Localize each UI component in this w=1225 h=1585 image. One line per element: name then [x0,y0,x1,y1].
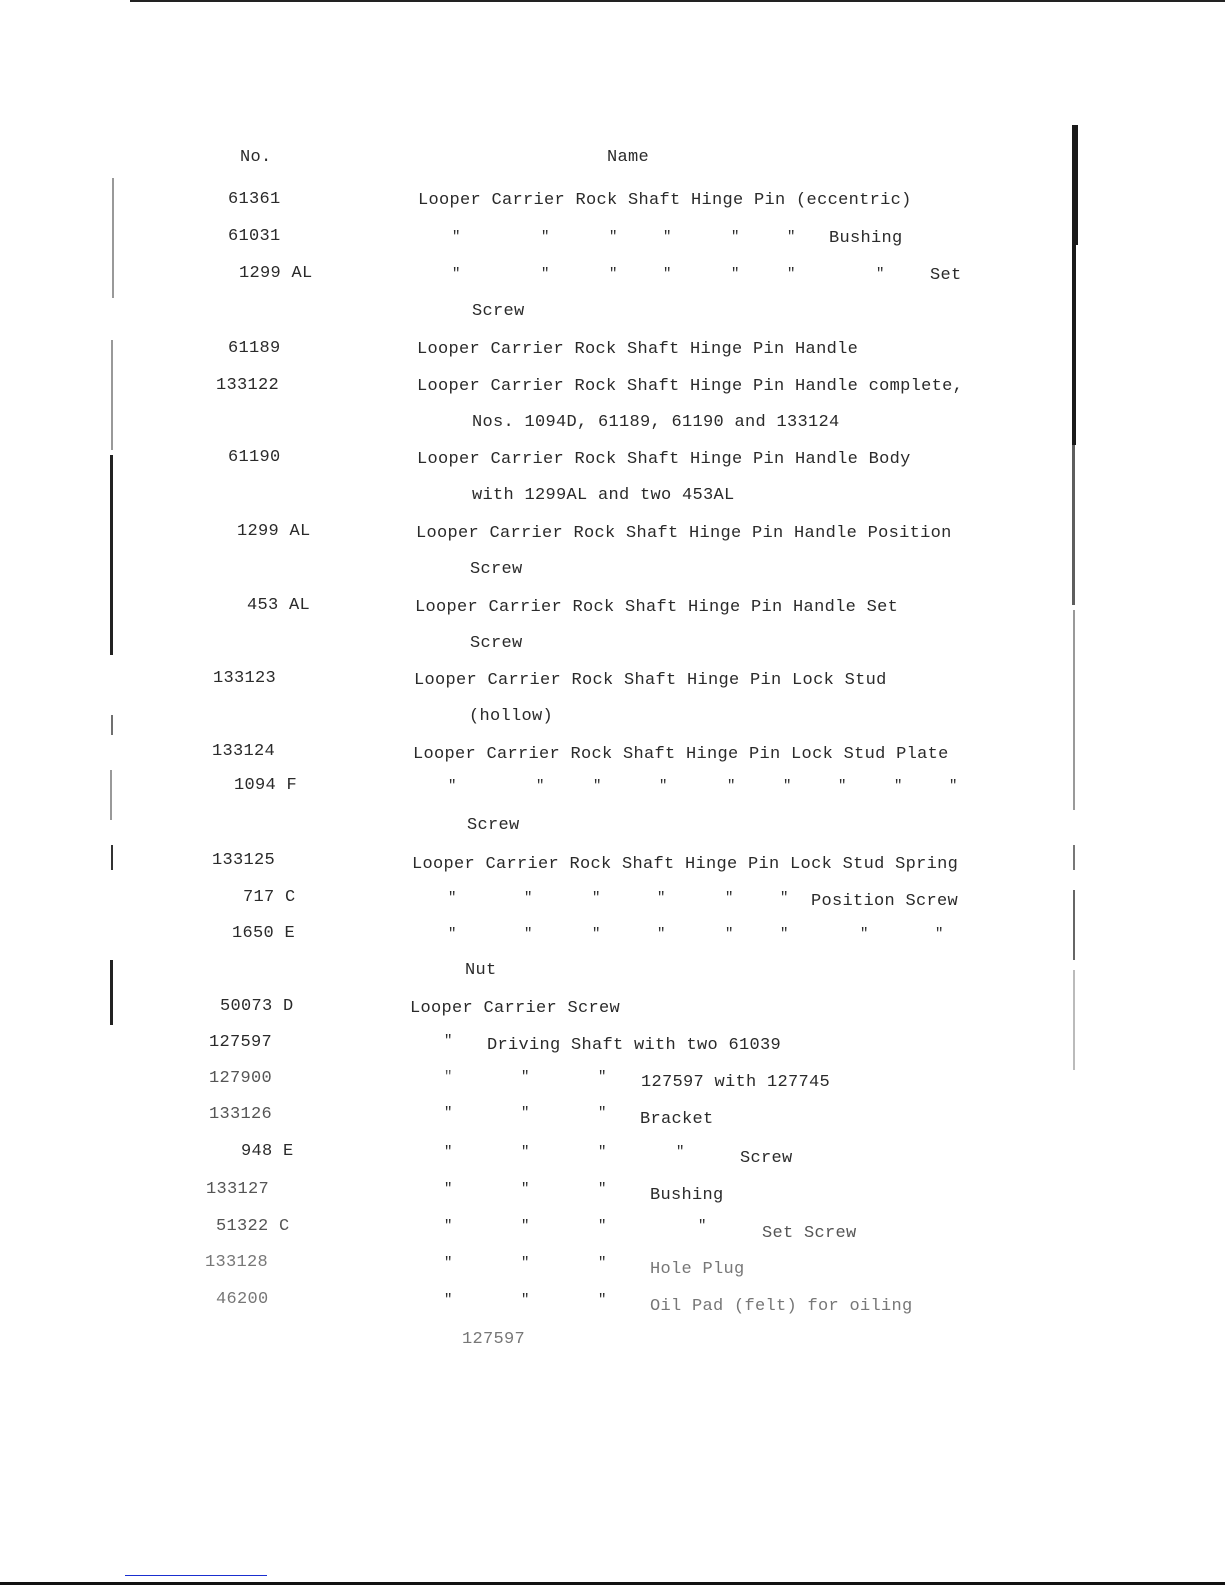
ditto-mark: " [731,227,739,247]
ditto-mark: " [659,776,667,796]
part-name-suffix: Hole Plug [650,1260,745,1280]
ditto-mark: " [598,1142,606,1162]
ditto-mark: " [593,776,601,796]
part-name-continuation: Nut [465,961,497,981]
scan-left-mark [111,845,113,870]
ditto-mark: " [541,264,549,284]
part-name: Looper Carrier Rock Shaft Hinge Pin Hand… [415,598,898,618]
part-name-continuation: Screw [470,560,523,580]
part-name-continuation: 127597 [462,1330,525,1350]
part-number: 133128 [205,1253,268,1273]
part-number: 1299 AL [239,264,313,284]
ditto-mark: " [444,1067,452,1087]
ditto-mark: " [780,888,788,908]
ditto-mark: " [592,888,600,908]
ditto-mark: " [524,888,532,908]
column-header-no: No. [240,148,272,168]
ditto-mark: " [598,1179,606,1199]
part-name: Looper Carrier Rock Shaft Hinge Pin Lock… [414,671,887,691]
part-number: 50073 D [220,997,294,1017]
ditto-mark: " [657,888,665,908]
ditto-mark: " [521,1103,529,1123]
part-number: 133125 [212,851,275,871]
part-number: 133126 [209,1105,272,1125]
ditto-mark: " [448,776,456,796]
scan-right-bar [1072,245,1076,445]
part-number: 453 AL [247,596,310,616]
ditto-mark: " [609,264,617,284]
ditto-mark: " [787,264,795,284]
ditto-mark: " [727,776,735,796]
ditto-mark: " [609,227,617,247]
part-number: 717 C [243,888,296,908]
part-name-continuation: Nos. 1094D, 61189, 61190 and 133124 [472,413,840,433]
ditto-mark: " [444,1290,452,1310]
ditto-mark: " [521,1216,529,1236]
ditto-mark: " [452,264,460,284]
part-number: 133127 [206,1180,269,1200]
part-name: Looper Carrier Rock Shaft Hinge Pin Hand… [417,340,858,360]
ditto-mark: " [598,1067,606,1087]
scan-blue-line [125,1575,267,1576]
part-number: 1299 AL [237,522,311,542]
ditto-mark: " [787,227,795,247]
part-name: Looper Carrier Rock Shaft Hinge Pin Hand… [417,450,911,470]
part-name-continuation: Screw [467,816,520,836]
scan-left-mark [111,340,113,450]
part-name-continuation: (hollow) [469,707,553,727]
ditto-mark: " [676,1142,684,1162]
ditto-mark: " [521,1253,529,1273]
ditto-mark: " [524,924,532,944]
part-name-suffix: Bushing [829,229,903,249]
scan-right-speck [1073,610,1075,810]
ditto-mark: " [783,776,791,796]
ditto-mark: " [521,1290,529,1310]
part-number: 61031 [228,227,281,247]
part-number: 127900 [209,1069,272,1089]
ditto-mark: " [663,227,671,247]
part-name-continuation: Screw [472,302,525,322]
scan-left-mark [110,455,113,655]
scan-right-speck [1073,890,1075,960]
ditto-mark: " [448,888,456,908]
scan-right-bar [1072,445,1075,605]
ditto-mark: " [894,776,902,796]
ditto-mark: " [876,264,884,284]
ditto-mark: " [444,1253,452,1273]
scan-right-bar [1072,125,1078,245]
part-number: 1650 E [232,924,295,944]
scan-right-speck [1073,845,1075,870]
scan-left-mark [111,715,113,735]
scan-left-mark [112,178,114,298]
scan-left-mark [110,770,112,820]
part-name-continuation: Screw [470,634,523,654]
part-number: 46200 [216,1290,269,1310]
ditto-mark: " [444,1142,452,1162]
part-number: 133122 [216,376,279,396]
scan-top-edge [130,0,1225,2]
part-name-continuation: with 1299AL and two 453AL [472,486,735,506]
ditto-mark: " [949,776,957,796]
part-name-suffix: Bushing [650,1186,724,1206]
ditto-mark: " [598,1253,606,1273]
part-number: 61361 [228,190,281,210]
ditto-mark: " [780,924,788,944]
ditto-mark: " [838,776,846,796]
part-number: 61189 [228,339,281,359]
ditto-mark: " [452,227,460,247]
part-name-suffix: Set Screw [762,1224,857,1244]
ditto-mark: " [657,924,665,944]
part-name-suffix: 127597 with 127745 [641,1073,830,1093]
part-name: Looper Carrier Screw [410,999,620,1019]
part-name-suffix: Driving Shaft with two 61039 [487,1036,781,1056]
part-name: Looper Carrier Rock Shaft Hinge Pin Lock… [413,745,949,765]
ditto-mark: " [536,776,544,796]
part-number: 51322 C [216,1217,290,1237]
ditto-mark: " [521,1067,529,1087]
part-number: 127597 [209,1033,272,1053]
ditto-mark: " [725,888,733,908]
part-name: Looper Carrier Rock Shaft Hinge Pin Hand… [416,524,952,544]
part-number: 61190 [228,448,281,468]
ditto-mark: " [598,1216,606,1236]
part-name-suffix: Set [930,266,962,286]
ditto-mark: " [592,924,600,944]
ditto-mark: " [698,1216,706,1236]
part-number: 133123 [213,669,276,689]
scan-right-speck [1073,970,1075,1070]
ditto-mark: " [444,1103,452,1123]
ditto-mark: " [444,1179,452,1199]
part-name: Looper Carrier Rock Shaft Hinge Pin Hand… [417,377,963,397]
part-number: 133124 [212,742,275,762]
ditto-mark: " [521,1142,529,1162]
ditto-mark: " [521,1179,529,1199]
part-name-suffix: Bracket [640,1110,714,1130]
part-name-suffix: Oil Pad (felt) for oiling [650,1297,913,1317]
ditto-mark: " [663,264,671,284]
ditto-mark: " [598,1103,606,1123]
part-name: Looper Carrier Rock Shaft Hinge Pin Lock… [412,855,958,875]
ditto-mark: " [598,1290,606,1310]
part-number: 948 E [241,1142,294,1162]
ditto-mark: " [860,924,868,944]
part-name: Looper Carrier Rock Shaft Hinge Pin (ecc… [418,191,912,211]
ditto-mark: " [731,264,739,284]
ditto-mark: " [448,924,456,944]
ditto-mark: " [725,924,733,944]
ditto-mark: " [541,227,549,247]
ditto-mark: " [444,1031,452,1051]
scan-left-mark [110,960,113,1025]
column-header-name: Name [607,148,649,168]
part-name-suffix: Screw [740,1149,793,1169]
part-number: 1094 F [234,776,297,796]
ditto-mark: " [444,1216,452,1236]
part-name-suffix: Position Screw [811,892,958,912]
ditto-mark: " [935,924,943,944]
